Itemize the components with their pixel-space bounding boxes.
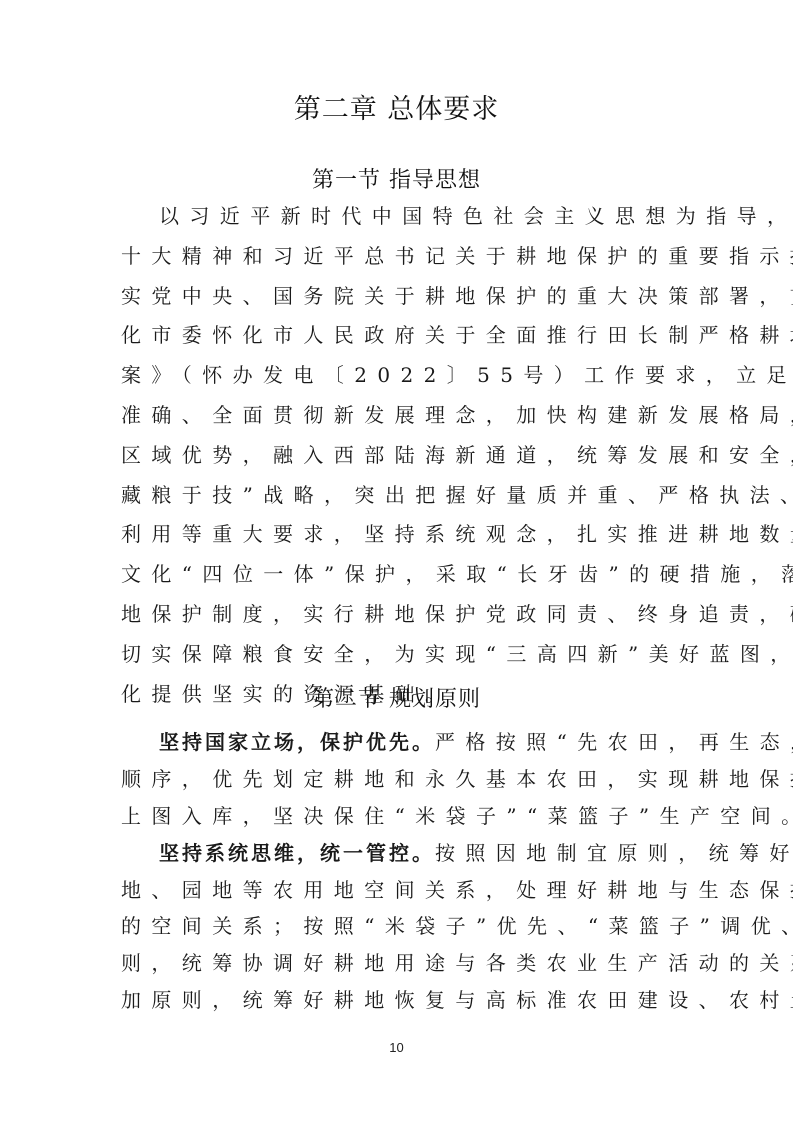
text-line: 切实保障粮食安全，为实现“三高四新”美好蓝图，建设现代化新怀 bbox=[121, 635, 673, 675]
principle-lead: 坚持系统思维，统一管控。 bbox=[159, 841, 435, 865]
chapter-title: 第二章 总体要求 bbox=[0, 92, 793, 128]
text-line: 十大精神和习近平总书记关于耕地保护的重要指示批示精神，严格落 bbox=[121, 237, 673, 277]
section-title-guiding-ideology: 第一节 指导思想 bbox=[0, 166, 793, 196]
text-line: 案》（怀办发电〔2022〕55号）工作要求，立足新发展阶段，完整、 bbox=[121, 356, 673, 396]
text-line: 的空间关系；按照“米袋子”优先、“菜篮子”调优、林果业上山原 bbox=[121, 908, 673, 945]
text-line: 加原则，统筹好耕地恢复与高标准农田建设、农村土地整治的关系， bbox=[121, 982, 673, 1019]
text-line: 则，统筹协调好耕地用途与各类农业生产活动的关系；按照良田净增 bbox=[121, 945, 673, 982]
principle-line: 坚持国家立场，保护优先。严格按照“先农田，再生态，后城镇” bbox=[121, 724, 673, 761]
text-line: 上图入库，坚决保住“米袋子”“菜篮子”生产空间。 bbox=[121, 798, 673, 835]
section-title-planning-principles: 第二节 规划原则 bbox=[0, 685, 793, 715]
text-line: 顺序，优先划定耕地和永久基本农田，实现耕地保护目标任务带位置 bbox=[121, 761, 673, 798]
text-line: 地、园地等农用地空间关系，处理好耕地与生态保护红线、建设用地 bbox=[121, 872, 673, 909]
paragraph-principles: 坚持国家立场，保护优先。严格按照“先农田，再生态，后城镇” 顺序，优先划定耕地和… bbox=[121, 724, 673, 1019]
principle-text: 严格按照“先农田，再生态，后城镇” bbox=[435, 730, 793, 754]
text-line: 以习近平新时代中国特色社会主义思想为指导，深入贯彻党的二 bbox=[121, 197, 673, 237]
text-line: 准确、全面贯彻新发展理念，加快构建新发展格局，发挥“一带一部” bbox=[121, 396, 673, 436]
text-line: 区域优势，融入西部陆海新通道，统筹发展和安全，落实“藏粮于地、 bbox=[121, 436, 673, 476]
text-line: 藏粮于技”战略，突出把握好量质并重、严格执法、系统推进、永续 bbox=[121, 476, 673, 516]
paragraph-guiding-ideology: 以习近平新时代中国特色社会主义思想为指导，深入贯彻党的二 十大精神和习近平总书记… bbox=[121, 197, 673, 714]
principle-lead: 坚持国家立场，保护优先。 bbox=[159, 730, 435, 754]
text-line: 文化“四位一体”保护，采取“长牙齿”的硬措施，落实最严格的耕 bbox=[121, 555, 673, 595]
text-line: 利用等重大要求，坚持系统观念，扎实推进耕地数量、质量、生态、 bbox=[121, 515, 673, 555]
principle-text: 按照因地制宜原则，统筹好耕地、林 bbox=[435, 841, 793, 865]
principle-line: 坚持系统思维，统一管控。按照因地制宜原则，统筹好耕地、林 bbox=[121, 835, 673, 872]
page-number: 10 bbox=[0, 1040, 793, 1055]
text-line: 地保护制度，实行耕地保护党政同责、终身追责，确保耕地实至名归， bbox=[121, 595, 673, 635]
text-line: 化市委怀化市人民政府关于全面推行田长制严格耕地保护的实施方 bbox=[121, 316, 673, 356]
text-line: 实党中央、国务院关于耕地保护的重大决策部署，贯彻落实《中共怀 bbox=[121, 277, 673, 317]
document-page: 第二章 总体要求 第一节 指导思想 以习近平新时代中国特色社会主义思想为指导，深… bbox=[0, 0, 793, 1122]
